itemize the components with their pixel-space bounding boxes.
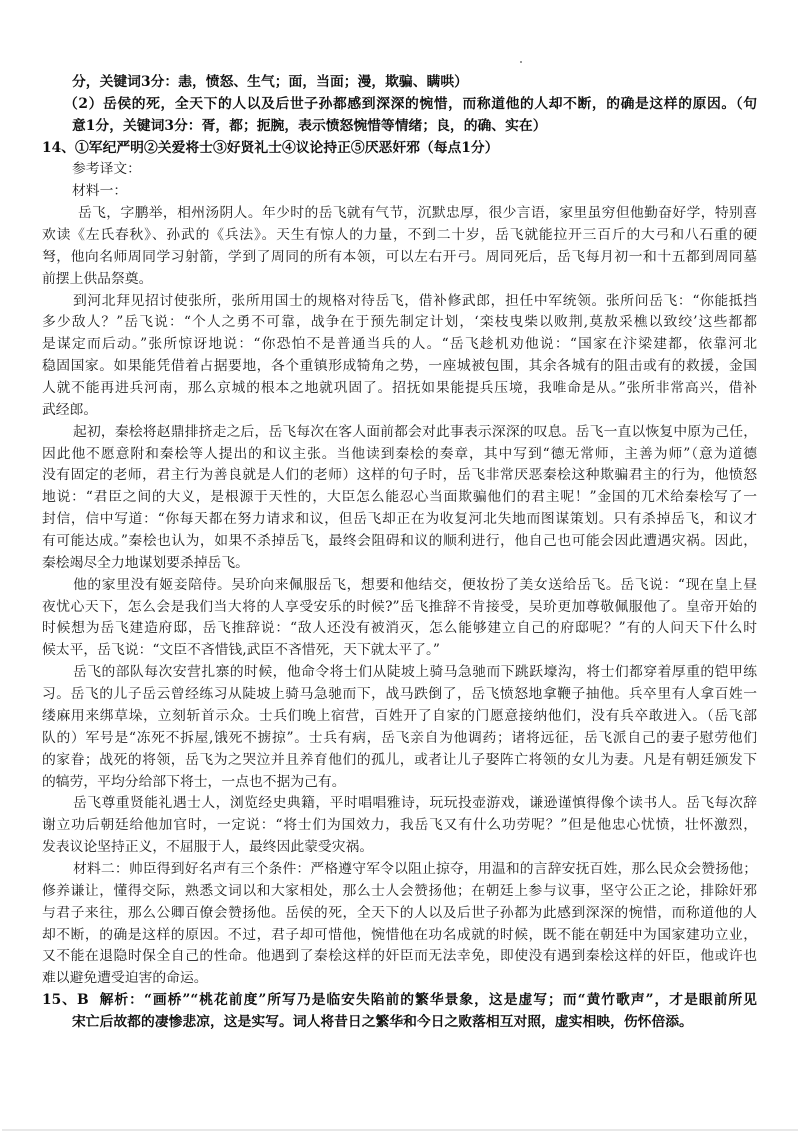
paragraph-line: 有可能达成。”秦桧也认为，如果不杀掉岳飞，最终会阻碍和议的顺利进行，他自己也可能…	[42, 531, 757, 553]
scan-speck	[520, 61, 522, 63]
paragraph-line: 岳飞，字鹏举，相州汤阴人。年少时的岳飞就有气节，沉默忠厚，很少言语，家里虽穷但他…	[78, 203, 757, 225]
q13-answer-line: （2）岳侯的死，全天下的人以及后世子孙都感到深深的惋惜，而称道他的人却不断，的确…	[64, 94, 757, 116]
paragraph-line: 弩，他向名师周同学习射箭，学到了周同的所有本领，可以左右开弓。周同死后，岳飞每月…	[42, 247, 757, 269]
paragraph-line: 他的家里没有姬妾陪侍。吴玠向来佩服岳飞，想要和他结交，便妆扮了美女送给岳飞。岳飞…	[73, 575, 757, 597]
q15-answer-line: 15、B解析：“画桥”“桃花前度”所写乃是临安失陷前的繁华景象，这是虚写；而“黄…	[42, 990, 757, 1012]
paragraph-line: 稳固国家。如果能凭借着占据要地，各个重镇形成犄角之势，一座城被包围，其余各城有的…	[42, 356, 757, 378]
paragraph-line: 没有固定的老师，君主行为善良就是人们的老师）这样的句子时，岳飞非常厌恶秦桧这种欺…	[42, 465, 757, 487]
paragraph-line: 封信，信中写道：“你每天都在努力请求和议，但岳飞却正在为收复河北失地而图谋策划。…	[42, 509, 757, 531]
paragraph-line: 难以避免遭受迫害的命运。	[42, 968, 757, 990]
q15-answer-line: 宋亡后故都的凄惨悲凉，这是实写。词人将昔日之繁华和今日之败落相互对照，虚实相映，…	[72, 1012, 757, 1034]
translation-heading: 参考译文：	[72, 159, 757, 181]
document-page: 分，关键词3分：恚，愤怒、生气；面，当面；漫，欺骗、瞒哄） （2）岳侯的死，全天…	[0, 72, 800, 1034]
q14-answer: 14、①军纪严明②关爱将士③好贤礼士④议论持正⑤厌恶奸邪（每点1分）	[42, 138, 757, 160]
paragraph-line: 欢读《左氏春秋》、孙武的《兵法》。天生有惊人的力量，不到二十岁，岳飞就能拉开三百…	[42, 225, 757, 247]
paragraph-line: 缕麻用来绑草垛，立刻斩首示众。士兵们晚上宿营，百姓开了自家的门愿意接纳他们，没有…	[42, 706, 757, 728]
question-number: 15、B	[42, 992, 89, 1008]
paragraph-line: 秦桧竭尽全力地谋划要杀掉岳飞。	[42, 553, 757, 575]
paragraph-line: 却不断，的确是这样的原因。不过，君子却可惜他，惋惜他在功名成就的时候，既不能在朝…	[42, 925, 757, 947]
paragraph-line: 的家眷；战死的将领，岳飞为之哭泣并且养育他们的孤儿，或者让儿子娶阵亡将领的女儿为…	[42, 750, 757, 772]
paragraph-line: 队的）军号是“冻死不拆屋,饿死不掳掠”。士兵有病，岳飞亲自为他调药；诸将远征，岳…	[42, 728, 757, 750]
paragraph-line: 岳飞的部队每次安营扎寨的时候，他命令将士们从陡坡上骑马急驰而下跳跃壕沟，将士们都…	[73, 662, 757, 684]
analysis-label: 解析：	[99, 992, 144, 1008]
paragraph-line: 因此他不愿意附和秦桧等人提出的和议主张。当他读到秦桧的奏章，其中写到“德无常师，…	[42, 444, 757, 466]
paragraph-line: 武经郎。	[42, 400, 757, 422]
paragraph-line: 发表议论坚持正义，不屈服于人，最终因此蒙受灾祸。	[42, 837, 757, 859]
material2-first-line: 材料二：帅臣得到好名声有三个条件：严格遵守军令以阻止掠夺，用温和的言辞安抚百姓，…	[73, 859, 757, 881]
paragraph-line: 与君子来往，那么公卿百僚会赞扬他。岳侯的死，全天下的人以及后世子孙都为此感到深深…	[42, 903, 757, 925]
paragraph-line: 地说：“君臣之间的大义，是根源于天性的，大臣怎么能忍心当面欺骗他们的君主呢！”金…	[42, 487, 757, 509]
q15-analysis-text: “画桥”“桃花前度”所写乃是临安失陷前的繁华景象，这是虚写；而“黄竹歌声”，才是…	[144, 992, 757, 1008]
paragraph-line: 夜忧心天下，怎么会是我们当大将的人享受安乐的时候?”岳飞推辞不肯接受，吴玠更加尊…	[42, 597, 757, 619]
paragraph-line: 时候想为岳飞建造府邸，岳飞推辞说：“敌人还没有被消灭，怎么能够建立自己的府邸呢？…	[42, 618, 757, 640]
paragraph-line: 谢立功后朝廷给他加官时，一定说：“将士们为国效力，我岳飞又有什么功劳呢？”但是他…	[42, 815, 757, 837]
material1-heading: 材料一：	[72, 181, 757, 203]
paragraph-line: 的犒劳，平均分给部下将士，一点也不据为己有。	[42, 772, 757, 794]
paragraph-line: 起初，秦桧将赵鼎排挤走之后，岳飞每次在客人面前都会对此事表示深深的叹息。岳飞一直…	[73, 422, 757, 444]
paragraph-line: 又不能在退隐时保全自己的性命。他遇到了秦桧这样的奸臣而无法幸免，即使没有遇到秦桧…	[42, 946, 757, 968]
paragraph-line: 到河北拜见招讨使张所，张所用国士的规格对待岳飞，借补修武郎，担任中军统领。张所问…	[73, 291, 757, 313]
q13-answer-line: 意1分，关键词3分：胥，都；扼腕，表示愤怒惋惜等情绪；良，的确、实在）	[72, 116, 757, 138]
q13-answer-line: 分，关键词3分：恚，愤怒、生气；面，当面；漫，欺骗、瞒哄）	[72, 72, 757, 94]
paragraph-line: 候太平，岳飞说：“文臣不吝惜钱,武臣不吝惜死，天下就太平了。”	[42, 640, 757, 662]
paragraph-line: 习。岳飞的儿子岳云曾经练习从陡坡上骑马急驰而下，战马跌倒了，岳飞愤怒地拿鞭子抽他…	[42, 684, 757, 706]
material2-heading: 材料二：	[73, 861, 129, 877]
paragraph-line-text: 帅臣得到好名声有三个条件：严格遵守军令以阻止掠夺，用温和的言辞安抚百姓，那么民众…	[129, 861, 757, 877]
paragraph-line: 人就不能再进兵河南，那么京城的根本之地就巩固了。招抚如果能提兵压境，我唯命是从。…	[42, 378, 757, 400]
paragraph-line: 前摆上供品祭奠。	[42, 269, 757, 291]
q14-answer-text: ①军纪严明②关爱将士③好贤礼士④议论持正⑤厌恶奸邪（每点1分）	[75, 140, 499, 156]
question-number: 14、	[42, 138, 75, 160]
paragraph-line: 修养谦让，懂得交际，熟悉文词以和大家相处，那么士人会赞扬他；在朝廷上参与议事，坚…	[42, 881, 757, 903]
paragraph-line: 多少敌人？”岳飞说：“个人之勇不可靠，战争在于预先制定计划，‘栾枝曳柴以败荆,莫…	[42, 312, 757, 334]
paragraph-line: 岳飞尊重贤能礼遇士人，浏览经史典籍，平时唱唱雅诗，玩玩投壶游戏，谦逊谨慎得像个读…	[73, 793, 757, 815]
paragraph-line: 是谋定而后动。”张所惊讶地说：“你恐怕不是普通当兵的人。“岳飞趁机劝他说：“国家…	[42, 334, 757, 356]
